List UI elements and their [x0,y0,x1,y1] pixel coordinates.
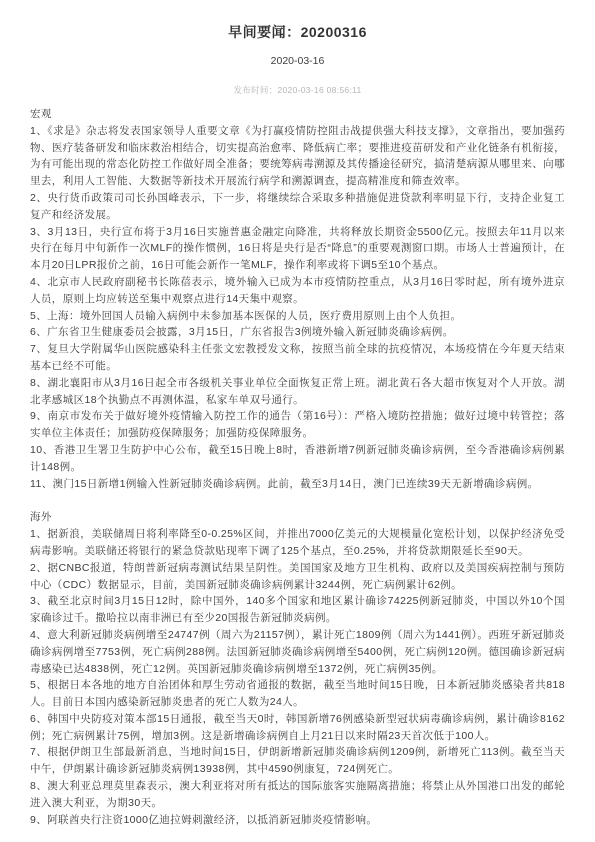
document-date: 2020-03-16 [0,55,595,68]
news-item: 11、澳门15日新增1例输入性新冠肺炎确诊病例。此前，截至3月14日，澳门已连续… [30,476,565,493]
news-item: 1、《求是》杂志将发表国家领导人重要文章《为打赢疫情防控阻击战提供强大科技支撑》… [30,123,565,190]
section-overseas: 海外 1、据新浪，美联储周日将利率降至0-0.25%区间，并推出7000亿美元的… [30,509,565,828]
news-item: 10、香港卫生署卫生防护中心公布，截至15日晚上8时，香港新增7例新冠肺炎确诊病… [30,442,565,476]
news-item: 3、截至北京时间3月15日12时，除中国外，140多个国家和地区累计确诊7422… [30,593,565,627]
news-item: 3、3月13日，央行宣布将于3月16日实施普惠金融定向降准，共将释放长期资金55… [30,224,565,274]
news-item: 9、阿联酋央行注资1000亿迪拉姆刺激经济，以抵消新冠肺炎疫情影响。 [30,812,565,829]
document-header: 早间要闻：20200316 2020-03-16 发布时间：2020-03-16… [0,24,595,95]
news-item: 1、据新浪，美联储周日将利率降至0-0.25%区间，并推出7000亿美元的大规模… [30,526,565,560]
page-title: 早间要闻：20200316 [0,24,595,40]
news-item: 2、央行货币政策司司长孙国峰表示，下一步，将继续综合采取多种措施促进贷款利率明显… [30,190,565,224]
document-body: 宏观 1、《求是》杂志将发表国家领导人重要文章《为打赢疫情防控阻击战提供强大科技… [0,95,595,828]
news-item: 8、湖北襄阳市从3月16日起全市各级机关事业单位全面恢复正常上班。湖北黄石各大超… [30,375,565,409]
news-item: 6、韩国中央防疫对策本部15日通报，截至当天0时，韩国新增76例感染新型冠状病毒… [30,711,565,745]
news-item: 8、澳大利亚总理莫里森表示，澳大利亚将对所有抵达的国际旅客实施隔离措施；将禁止从… [30,778,565,812]
document-page: 早间要闻：20200316 2020-03-16 发布时间：2020-03-16… [0,0,595,842]
news-item: 9、南京市发布关于做好境外疫情输入防控工作的通告（第16号）：严格入境防控措施；… [30,408,565,442]
news-item: 4、意大利新冠肺炎病例增至24747例（周六为21157例），累计死亡1809例… [30,627,565,677]
section-heading-macro: 宏观 [30,106,565,123]
news-item: 6、广东省卫生健康委员会披露，3月15日，广东省报告3例境外输入新冠肺炎确诊病例… [30,324,565,341]
section-macro: 宏观 1、《求是》杂志将发表国家领导人重要文章《为打赢疫情防控阻击战提供强大科技… [30,106,565,492]
news-item: 5、上海：境外回国人员输入病例中未参加基本医保的人员，医疗费用原则上由个人负担。 [30,308,565,325]
publish-time: 发布时间：2020-03-16 08:56:11 [0,85,595,95]
news-item: 7、根据伊朗卫生部最新消息，当地时间15日，伊朗新增新冠肺炎确诊病例1209例，… [30,744,565,778]
news-item: 5、根据日本各地的地方自治团体和厚生劳动省通报的数据，截至当地时间15日晚，日本… [30,677,565,711]
news-item: 4、北京市人民政府副秘书长陈蓓表示，境外输入已成为本市疫情防控重点，从3月16日… [30,274,565,308]
news-item: 2、据CNBC报道，特朗普新冠病毒测试结果呈阴性。美国国家及地方卫生机构、政府以… [30,560,565,594]
news-item: 7、复旦大学附属华山医院感染科主任张文宏教授发文称，按照当前全球的抗疫情况，本场… [30,341,565,375]
section-heading-overseas: 海外 [30,509,565,526]
